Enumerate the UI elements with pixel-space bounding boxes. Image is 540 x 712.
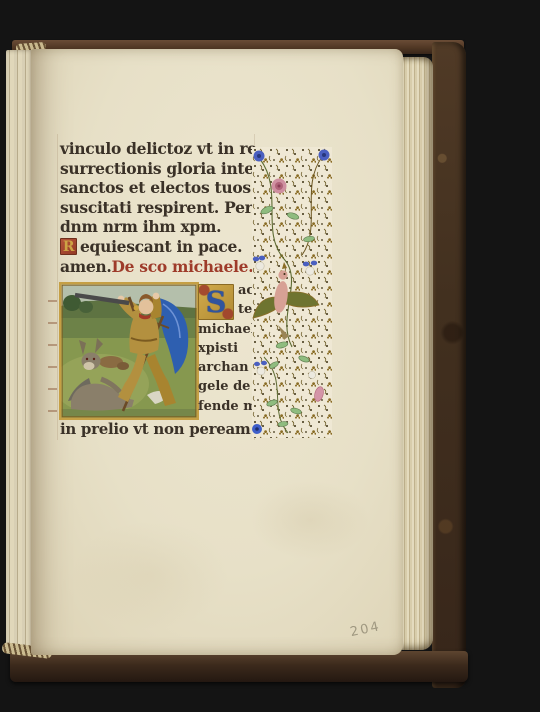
ruling-tick — [48, 410, 57, 412]
ruling-tick — [48, 344, 57, 346]
angel-head — [139, 300, 154, 315]
tree — [79, 301, 93, 313]
requiescant-text: equiescant in pace. — [80, 237, 242, 257]
ruling-tick — [48, 388, 57, 390]
violet-petal-blue — [303, 262, 309, 267]
blue-flower-center — [257, 154, 261, 158]
ruling-tick — [48, 300, 57, 302]
book-gutter-page-edges — [6, 50, 34, 652]
blue-flower-center — [322, 153, 326, 157]
ruling-tick — [48, 366, 57, 368]
violet-petal-white — [257, 367, 265, 375]
armored-torso — [129, 316, 159, 355]
violet-petal-white — [256, 262, 264, 270]
text-line: dnm nrm ihm xpm. — [60, 217, 260, 237]
amen-text: amen. — [60, 257, 111, 277]
text-line: xpisti — [198, 339, 256, 358]
text-line: sanctos et electos tuos re — [60, 178, 260, 198]
bird-head — [278, 270, 287, 279]
earth-mound — [117, 362, 129, 370]
manuscript-photo: vinculo delictoz vt in re surrectionis g… — [0, 0, 540, 712]
illuminated-initial-R: R — [60, 238, 77, 255]
book-bottom-leather-edge — [10, 651, 468, 682]
demon-eye — [86, 358, 88, 360]
st-michael-miniature — [59, 282, 199, 420]
text-line: gele de — [198, 377, 256, 396]
demon-eye — [93, 358, 95, 360]
text-line: suscitati respirent. Per — [60, 198, 260, 218]
text-line: fende me — [198, 397, 256, 416]
text-line: archan — [198, 358, 256, 377]
bird-eye — [284, 273, 286, 275]
violet-petal-white — [306, 267, 314, 275]
initial-S-letter: S — [206, 285, 227, 319]
violet-petal-blue — [253, 257, 259, 262]
text-line: vinculo delictoz vt in re — [60, 139, 260, 159]
requiescant-line: R equiescant in pace. — [60, 237, 260, 257]
sword-pommel — [134, 306, 139, 311]
violet-petal-white — [308, 371, 315, 378]
text-line: surrectionis gloria inter — [60, 159, 260, 179]
violet-petal-blue — [311, 261, 317, 266]
violet-petal-blue — [261, 361, 267, 365]
amen-rubric-line: amen. De sco michaele. a'. — [60, 257, 260, 277]
miniature-scene — [59, 282, 199, 420]
book-back-cover — [432, 42, 466, 688]
hand — [153, 293, 160, 300]
bottom-text-line: in prelio vt non peream in — [60, 420, 270, 438]
floral-border-panel — [252, 147, 332, 438]
violet-petal-blue — [259, 256, 265, 261]
side-text-column: S ac te michael xpisti archan gele de fe… — [198, 281, 256, 427]
pink-rose-center — [278, 185, 281, 188]
ruling-line-left — [57, 134, 58, 440]
text-line: michael — [198, 320, 256, 339]
illuminated-initial-S: S — [198, 284, 234, 320]
demon-muzzle — [84, 362, 95, 370]
violet-petal-blue — [254, 362, 260, 366]
book-fore-edge-pages — [402, 57, 433, 650]
main-text-block: vinculo delictoz vt in re surrectionis g… — [60, 139, 260, 276]
ruling-tick — [48, 322, 57, 324]
border-decoration — [252, 147, 332, 438]
blue-flower-center — [255, 427, 259, 431]
